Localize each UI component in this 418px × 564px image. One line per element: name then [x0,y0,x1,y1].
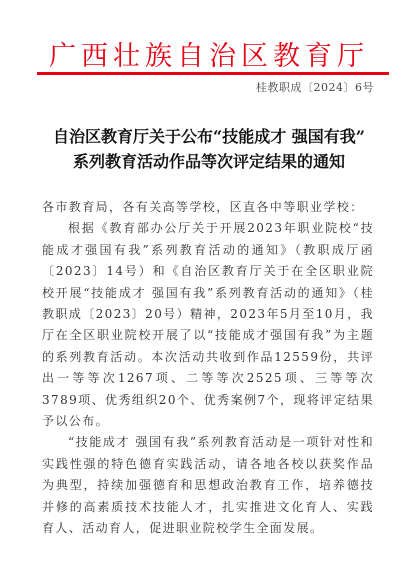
issuing-organization-title: 广西壮族自治区教育厅 [0,40,418,74]
heading-line-1: 自治区教育厅关于公布“技能成才 强国有我” [0,124,418,149]
red-header-rule [37,72,389,75]
body-paragraph-2: “技能成才 强国有我”系列教育活动是一项针对性和实践性强的特色德育实践活动，请各… [42,432,374,539]
salutation: 各市教育局，各有关高等学校，区直各中等职业学校： [42,197,374,218]
heading-line-2: 系列教育活动作品等次评定结果的通知 [0,149,418,174]
notice-heading: 自治区教育厅关于公布“技能成才 强国有我” 系列教育活动作品等次评定结果的通知 [0,124,418,174]
body-paragraph-1: 根据《教育部办公厅关于开展2023年职业院校“技能成才强国有我”系列教育活动的通… [42,218,374,432]
notice-body: 各市教育局，各有关高等学校，区直各中等职业学校： 根据《教育部办公厅关于开展20… [42,197,374,540]
document-number: 桂教职成〔2024〕6号 [256,80,374,96]
